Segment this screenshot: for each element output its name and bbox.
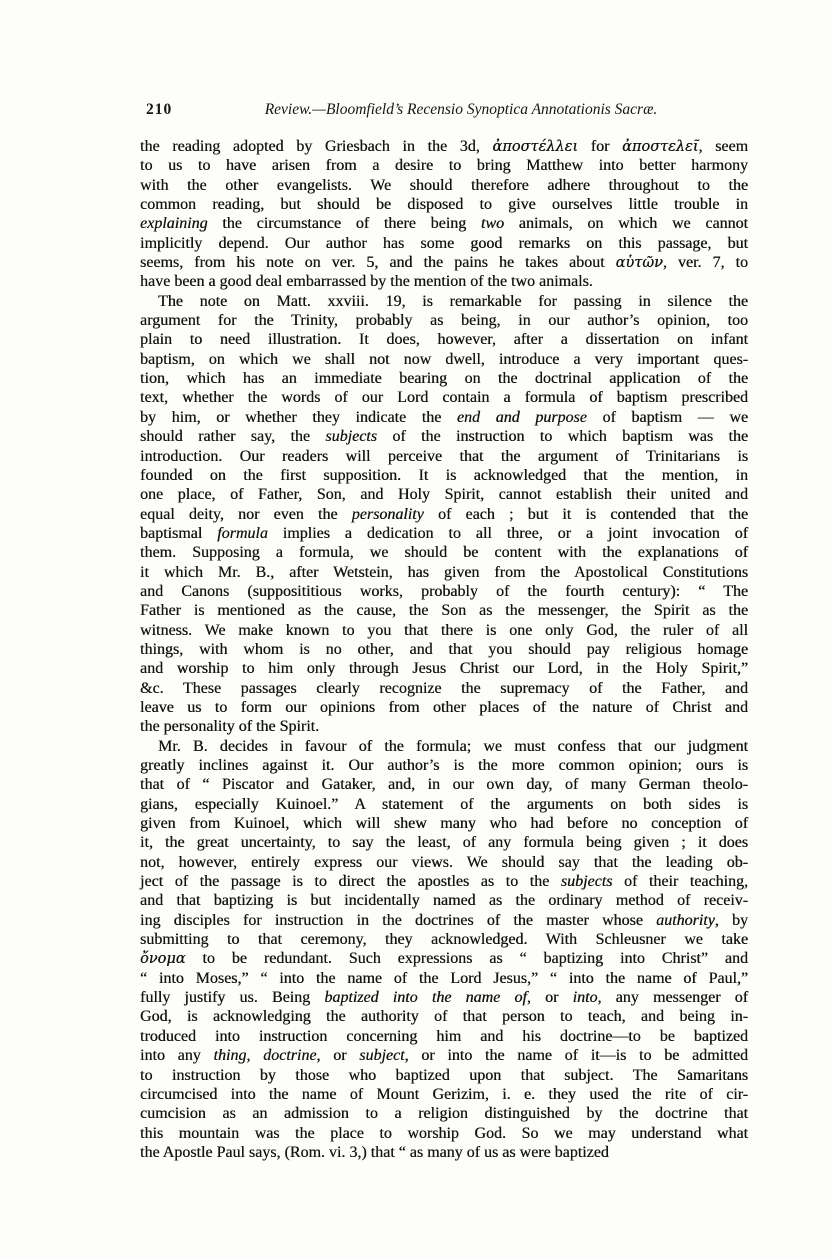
text-run: seems, from his note on ver. 5, and the … — [140, 254, 616, 271]
text-line: troduced into instruction concerning him… — [140, 1027, 748, 1046]
text-line: tion, which has an immediate bearing on … — [140, 369, 748, 388]
text-run: this mountain was the place to worship G… — [140, 1125, 748, 1142]
text-line: fully justify us. Being baptized into th… — [140, 988, 748, 1007]
text-run: of each ; but it is contended that the — [424, 506, 748, 523]
text-run: troduced into instruction concerning him… — [140, 1028, 748, 1045]
text-line: and Canons (supposititious works, probab… — [140, 582, 748, 601]
text-line: the reading adopted by Griesbach in the … — [140, 137, 748, 156]
text-line: them. Supposing a formula, we should be … — [140, 543, 748, 562]
text-line: implicitly depend. Our author has some g… — [140, 234, 748, 253]
text-line: ject of the passage is to direct the apo… — [140, 872, 748, 891]
text-run: of baptism — we — [587, 409, 748, 426]
text-line: it which Mr. B., after Wetstein, has giv… — [140, 563, 748, 582]
text-run: baptism, on which we shall not now dwell… — [140, 351, 748, 368]
text-line: plain to need illustration. It does, how… — [140, 330, 748, 349]
running-title: Review.—Bloomfield’s Recensio Synoptica … — [140, 101, 748, 119]
text-run: it, the great uncertainty, to say the le… — [140, 834, 748, 851]
text-run: have been a good deal embarrassed by the… — [140, 273, 593, 290]
text-run: by him, or whether they indicate the — [140, 409, 457, 426]
text-line: the personality of the Spirit. — [140, 717, 748, 736]
text-run: God, is acknowledging the authority of t… — [140, 1008, 748, 1025]
text-line: Father is mentioned as the cause, the So… — [140, 601, 748, 620]
italic-text: formula — [217, 525, 268, 542]
text-run: not, however, entirely express our views… — [140, 854, 748, 871]
text-run: one place, of Father, Son, and Holy Spir… — [140, 486, 748, 503]
text-run: tion, which has an immediate bearing on … — [140, 370, 748, 387]
text-run: of the instruction to which baptism was … — [377, 428, 748, 445]
text-run: text, whether the words of our Lord cont… — [140, 389, 748, 406]
text-run: should rather say, the — [140, 428, 325, 445]
text-run: and Canons (supposititious works, probab… — [140, 583, 748, 600]
text-line: ὄνομα to be redundant. Such expressions … — [140, 949, 748, 968]
text-line: founded on the first supposition. It is … — [140, 466, 748, 485]
text-run: the Apostle Paul says, (Rom. vi. 3,) tha… — [140, 1144, 609, 1161]
text-run: , seem — [698, 138, 748, 155]
italic-text: thing, doctrine — [213, 1047, 316, 1064]
text-run: leave us to form our opinions from other… — [140, 699, 748, 716]
paragraph: the reading adopted by Griesbach in the … — [140, 137, 748, 292]
text-run: and that baptizing is but incidentally n… — [140, 892, 748, 909]
text-run: , ver. 7, to — [663, 254, 748, 271]
italic-text: baptized into the name of — [324, 989, 527, 1006]
text-run: fully justify us. Being — [140, 989, 324, 1006]
text-line: argument for the Trinity, probably as be… — [140, 311, 748, 330]
text-line: submitting to that ceremony, they acknow… — [140, 930, 748, 949]
text-line: leave us to form our opinions from other… — [140, 698, 748, 717]
text-run: to be redundant. Such expressions as “ b… — [186, 950, 749, 967]
text-line: “ into Moses,” “ into the name of the Lo… — [140, 969, 748, 988]
text-line: should rather say, the subjects of the i… — [140, 427, 748, 446]
text-line: things, with whom is no other, and that … — [140, 640, 748, 659]
text-run: &c. These passages clearly recognize the… — [140, 680, 748, 697]
text-line: baptism, on which we shall not now dwell… — [140, 350, 748, 369]
italic-text: explaining — [140, 215, 208, 232]
text-line: &c. These passages clearly recognize the… — [140, 679, 748, 698]
text-run: founded on the first supposition. It is … — [140, 467, 748, 484]
text-run: given from Kuinoel, which will shew many… — [140, 815, 748, 832]
page-header: 210 Review.—Bloomfield’s Recensio Synopt… — [140, 101, 748, 123]
scanned-book-page: 210 Review.—Bloomfield’s Recensio Synopt… — [0, 0, 831, 1259]
paragraph: Mr. B. decides in favour of the formula;… — [140, 737, 748, 1163]
text-run: the personality of the Spirit. — [140, 718, 319, 735]
text-run: things, with whom is no other, and that … — [140, 641, 748, 658]
text-line: to instruction by those who baptized upo… — [140, 1066, 748, 1085]
text-run: Mr. B. decides in favour of the formula;… — [158, 738, 748, 755]
text-line: baptismal formula implies a dedication t… — [140, 524, 748, 543]
text-line: cumcision as an admission to a religion … — [140, 1104, 748, 1123]
text-run: to us to have arisen from a desire to br… — [140, 157, 748, 174]
text-run: baptismal — [140, 525, 217, 542]
text-run: it which Mr. B., after Wetstein, has giv… — [140, 564, 748, 581]
text-run: plain to need illustration. It does, how… — [140, 331, 748, 348]
text-run: common reading, but should be disposed t… — [140, 196, 748, 213]
text-run: , by — [715, 912, 748, 929]
text-run: circumcised into the name of Mount Geriz… — [140, 1086, 748, 1103]
text-line: witness. We make known to you that there… — [140, 621, 748, 640]
text-line: have been a good deal embarrassed by the… — [140, 272, 748, 291]
page-number: 210 — [146, 101, 172, 119]
text-line: equal deity, nor even the personality of… — [140, 505, 748, 524]
text-line: this mountain was the place to worship G… — [140, 1124, 748, 1143]
italic-text: subject — [359, 1047, 404, 1064]
text-run: that of “ Piscator and Gataker, and, in … — [140, 776, 748, 793]
text-run: gians, especially Kuinoel.” A statement … — [140, 796, 748, 813]
text-line: and worship to him only through Jesus Ch… — [140, 659, 748, 678]
text-line: greatly inclines against it. Our author’… — [140, 756, 748, 775]
text-line: The note on Matt. xxviii. 19, is remarka… — [140, 292, 748, 311]
text-run: with the other evangelists. We should th… — [140, 177, 748, 194]
text-run: and worship to him only through Jesus Ch… — [140, 660, 748, 677]
text-line: it, the great uncertainty, to say the le… — [140, 833, 748, 852]
text-line: Mr. B. decides in favour of the formula;… — [140, 737, 748, 756]
text-run: introduction. Our readers will perceive … — [140, 448, 748, 465]
text-run: the circumstance of there being — [208, 215, 481, 232]
paragraph: The note on Matt. xxviii. 19, is remarka… — [140, 292, 748, 737]
greek-text: ἀποστελεῖ — [622, 139, 698, 155]
italic-text: personality — [352, 506, 424, 523]
text-line: common reading, but should be disposed t… — [140, 195, 748, 214]
greek-text: ἀποστέλλει — [492, 139, 578, 155]
text-run: equal deity, nor even the — [140, 506, 352, 523]
text-run: implicitly depend. Our author has some g… — [140, 235, 748, 252]
italic-text: end and purpose — [457, 409, 587, 426]
text-run: greatly inclines against it. Our author’… — [140, 757, 748, 774]
text-run: The note on Matt. xxviii. 19, is remarka… — [158, 293, 748, 310]
text-line: God, is acknowledging the authority of t… — [140, 1007, 748, 1026]
text-run: ject of the passage is to direct the apo… — [140, 873, 561, 890]
text-line: by him, or whether they indicate the end… — [140, 408, 748, 427]
text-run: into any — [140, 1047, 213, 1064]
italic-text: subjects — [325, 428, 377, 445]
text-line: introduction. Our readers will perceive … — [140, 447, 748, 466]
text-line: not, however, entirely express our views… — [140, 853, 748, 872]
text-run: , or into the name of it—is to be admitt… — [405, 1047, 748, 1064]
text-run: submitting to that ceremony, they acknow… — [140, 931, 748, 948]
text-line: gians, especially Kuinoel.” A statement … — [140, 795, 748, 814]
text-run: them. Supposing a formula, we should be … — [140, 544, 748, 561]
body-text: the reading adopted by Griesbach in the … — [140, 137, 748, 1162]
italic-text: into — [573, 989, 598, 1006]
text-run: ing disciples for instruction in the doc… — [140, 912, 656, 929]
text-run: , any messenger of — [597, 989, 748, 1006]
text-run: implies a dedication to all three, or a … — [268, 525, 748, 542]
text-run: argument for the Trinity, probably as be… — [140, 312, 748, 329]
text-line: seems, from his note on ver. 5, and the … — [140, 253, 748, 272]
text-run: witness. We make known to you that there… — [140, 622, 748, 639]
text-run: , or — [316, 1047, 359, 1064]
text-run: of their teaching, — [612, 873, 748, 890]
italic-text: subjects — [561, 873, 613, 890]
text-line: one place, of Father, Son, and Holy Spir… — [140, 485, 748, 504]
text-line: to us to have arisen from a desire to br… — [140, 156, 748, 175]
text-run: , or — [527, 989, 573, 1006]
italic-text: two — [481, 215, 504, 232]
text-line: given from Kuinoel, which will shew many… — [140, 814, 748, 833]
text-run: “ into Moses,” “ into the name of the Lo… — [140, 970, 748, 987]
text-line: explaining the circumstance of there bei… — [140, 214, 748, 233]
text-line: and that baptizing is but incidentally n… — [140, 891, 748, 910]
text-run: cumcision as an admission to a religion … — [140, 1105, 748, 1122]
text-line: the Apostle Paul says, (Rom. vi. 3,) tha… — [140, 1143, 748, 1162]
italic-text: authority — [656, 912, 715, 929]
text-run: the reading adopted by Griesbach in the … — [140, 138, 492, 155]
text-line: ing disciples for instruction in the doc… — [140, 911, 748, 930]
text-run: Father is mentioned as the cause, the So… — [140, 602, 748, 619]
greek-text: αὑτῶν — [616, 255, 663, 271]
text-line: that of “ Piscator and Gataker, and, in … — [140, 775, 748, 794]
text-line: with the other evangelists. We should th… — [140, 176, 748, 195]
greek-text: ὄνομα — [140, 951, 186, 967]
text-run: to instruction by those who baptized upo… — [140, 1067, 748, 1084]
text-line: text, whether the words of our Lord cont… — [140, 388, 748, 407]
text-line: into any thing, doctrine, or subject, or… — [140, 1046, 748, 1065]
text-line: circumcised into the name of Mount Geriz… — [140, 1085, 748, 1104]
text-run: animals, on which we cannot — [504, 215, 748, 232]
text-run: for — [578, 138, 622, 155]
